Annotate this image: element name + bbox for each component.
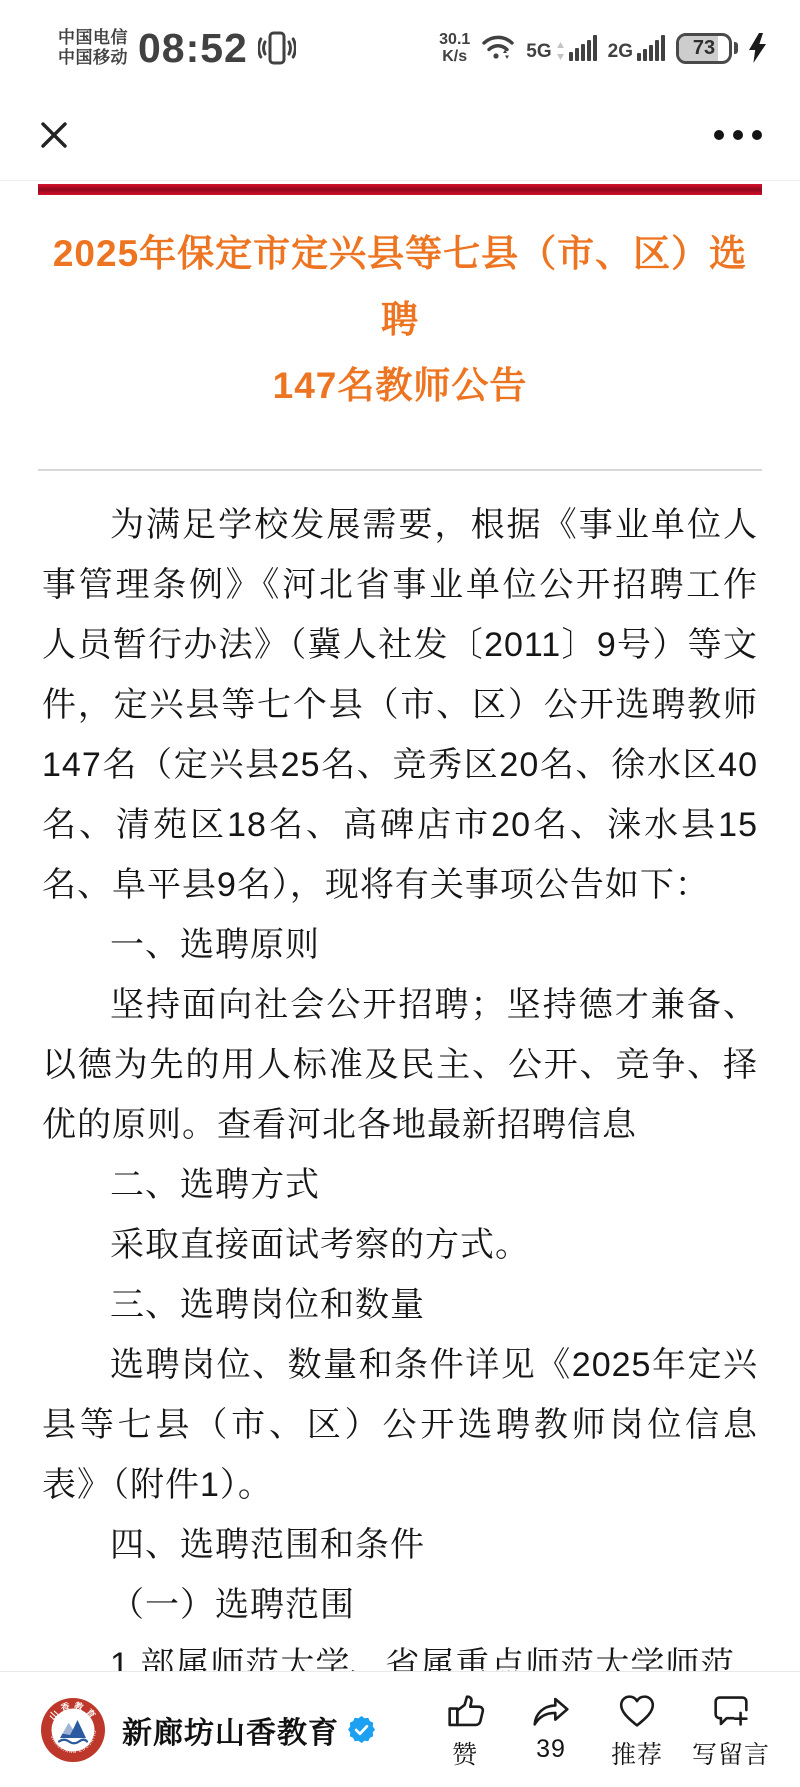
article-paragraph: 一、选聘原则: [42, 915, 758, 975]
article-paragraph: 三、选聘岗位和数量: [42, 1275, 758, 1335]
comment-plus-icon: [708, 1688, 754, 1734]
account-logo: 山香教育 SHANXIANG EDUCATION: [40, 1697, 106, 1763]
article-body: 2025年保定市定兴县等七县（市、区）选聘 147名教师公告 为满足学校发展需要…: [0, 181, 800, 1671]
charging-bolt-icon: [749, 33, 766, 63]
battery-indicator: 73: [676, 33, 738, 64]
status-bar: 中国电信 中国移动 08:52 30.1 K/s: [0, 0, 800, 90]
article-title: 2025年保定市定兴县等七县（市、区）选聘 147名教师公告: [38, 221, 762, 419]
like-label: 赞: [452, 1735, 478, 1771]
signal-bars-1: [569, 35, 597, 61]
battery-percent: 73: [693, 37, 715, 60]
battery-nub: [734, 42, 738, 54]
vibrate-icon: [258, 28, 296, 68]
article-paragraph: （一）选聘范围: [42, 1575, 758, 1635]
more-menu-icon[interactable]: [714, 130, 762, 140]
article-paragraph: 二、选聘方式: [42, 1155, 758, 1215]
status-bar-right: 30.1 K/s 5G: [439, 31, 766, 65]
battery-body: 73: [676, 33, 732, 64]
red-banner-bar: [38, 184, 762, 195]
network-type-2: 2G: [608, 42, 633, 61]
article-title-line2: 147名教师公告: [38, 353, 762, 419]
carrier-names: 中国电信 中国移动: [58, 28, 128, 68]
share-count-label: 39: [536, 1735, 566, 1764]
official-account[interactable]: 山香教育 SHANXIANG EDUCATION 新廊坊山香教育: [40, 1697, 375, 1763]
article-paragraph: 选聘岗位、数量和条件详见《2025年定兴县等七县（市、区）公开选聘教师岗位信息表…: [42, 1335, 758, 1515]
sim2-signal: 2G: [608, 35, 665, 61]
recommend-button[interactable]: 推荐: [606, 1688, 668, 1771]
network-speed: 30.1 K/s: [439, 31, 470, 65]
footer-actions: 赞 39 推荐: [434, 1688, 770, 1771]
wifi-icon: [481, 33, 515, 63]
account-name: 新廊坊山香教育: [122, 1708, 339, 1752]
like-button[interactable]: 赞: [434, 1688, 496, 1771]
article-paragraph: 采取直接面试考察的方式。: [42, 1215, 758, 1275]
title-divider: [38, 469, 762, 471]
article-paragraph: 1.部属师范大学、省属重点师范大学师范: [42, 1635, 758, 1671]
share-arrow-icon: [528, 1688, 574, 1734]
verified-badge-icon: [348, 1716, 375, 1743]
carrier-2: 中国移动: [58, 48, 128, 68]
write-comment-label: 写留言: [692, 1735, 770, 1771]
heart-icon: [614, 1688, 660, 1734]
article-paragraph: 为满足学校发展需要，根据《事业单位人事管理条例》《河北省事业单位公开招聘工作人员…: [42, 495, 758, 915]
close-icon[interactable]: [38, 119, 70, 151]
article-paragraph: 四、选聘范围和条件: [42, 1515, 758, 1575]
recommend-label: 推荐: [611, 1735, 663, 1771]
article-text: 为满足学校发展需要，根据《事业单位人事管理条例》《河北省事业单位公开招聘工作人员…: [42, 495, 758, 1671]
write-comment-button[interactable]: 写留言: [692, 1688, 770, 1771]
data-arrows-icon: [556, 41, 565, 61]
network-type-1: 5G: [526, 42, 551, 61]
speed-value: 30.1: [439, 31, 470, 48]
webview-header: [0, 90, 800, 181]
speed-unit: K/s: [439, 48, 470, 65]
footer-bar: 山香教育 SHANXIANG EDUCATION 新廊坊山香教育: [0, 1671, 800, 1787]
article-paragraph: 坚持面向社会公开招聘；坚持德才兼备、以德为先的用人标准及民主、公开、竞争、择优的…: [42, 975, 758, 1155]
carrier-1: 中国电信: [58, 28, 128, 48]
thumbs-up-icon: [442, 1688, 488, 1734]
sim1-signal: 5G: [526, 35, 596, 61]
share-button[interactable]: 39: [520, 1688, 582, 1764]
signal-bars-2: [637, 35, 665, 61]
phone-screen: 中国电信 中国移动 08:52 30.1 K/s: [0, 0, 800, 1787]
clock: 08:52: [138, 25, 248, 72]
article-title-line1: 2025年保定市定兴县等七县（市、区）选聘: [38, 221, 762, 353]
